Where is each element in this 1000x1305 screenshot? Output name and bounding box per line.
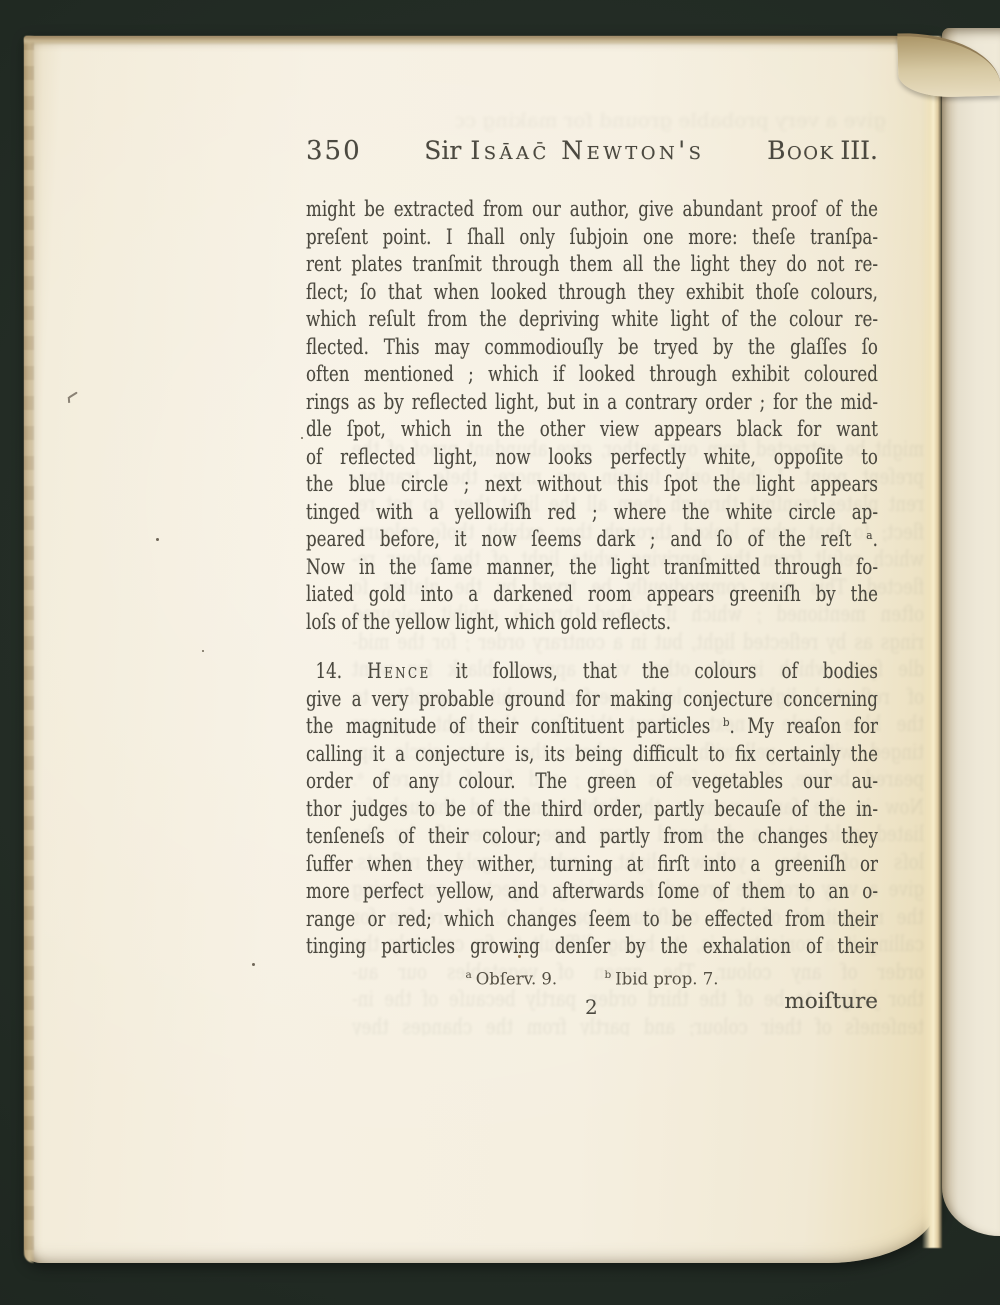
text-line: which reſult from the depriving white li… <box>306 306 878 334</box>
footer-row: 2 moiſture <box>306 995 878 1027</box>
text-line: tinged with a yellowiſh red ; where the … <box>306 499 878 527</box>
footnote-a: aObſerv. 9. <box>465 965 557 990</box>
gutter-crease <box>922 36 942 1248</box>
footnote-a-text: Obſerv. 9. <box>476 969 557 988</box>
text-line: tinging particles growing denſer by the … <box>306 933 878 961</box>
running-title-name: Isāac̄ Newton's <box>470 136 704 165</box>
footnote-b-text: Ibid prop. 7. <box>615 969 718 988</box>
page-edge-left <box>24 36 34 1263</box>
book-numeral: III. <box>840 136 878 165</box>
text-line: the blue circle ; next without this ſpot… <box>306 471 878 499</box>
paragraph-1: might be extracted from our author, give… <box>306 196 878 636</box>
text-line: preſent point. I ſhall only ſubjoin one … <box>306 224 878 252</box>
text-line: peared before, it now ſeems dark ; and ſ… <box>306 526 878 554</box>
paper-speck <box>518 955 521 958</box>
bleed-through-header: give a very probable ground for making c… <box>456 108 886 132</box>
text-line: flect; ſo that when looked through they … <box>306 279 878 307</box>
paper-speck <box>202 650 204 652</box>
running-title: SirIsāac̄ Newton's <box>362 136 767 165</box>
text-line: thor judges to be of the third order, pa… <box>306 796 878 824</box>
catchword: moiſture <box>784 989 878 1014</box>
page-edge-top <box>24 36 938 45</box>
text-line: often mentioned ; which if looked throug… <box>306 361 878 389</box>
footnote-b: bIbid prop. 7. <box>604 965 718 990</box>
press-figure: 2 <box>585 995 598 1019</box>
facing-page-edge <box>942 28 1000 1236</box>
text-line: might be extracted from our author, give… <box>306 196 878 224</box>
section-opening-word: Hence <box>367 659 430 683</box>
book-word: Book <box>767 136 834 165</box>
page-header: 350 SirIsāac̄ Newton's BookIII. <box>306 136 878 170</box>
text-line: loſs of the yellow light, which gold ref… <box>306 609 878 637</box>
text-line: dle ſpot, which in the other view appear… <box>306 416 878 444</box>
paragraph-2: 14. Hence it follows, that the colours o… <box>306 658 878 961</box>
paper-speck <box>301 437 303 439</box>
text-line: 14. Hence it follows, that the colours o… <box>306 658 878 686</box>
book-label: BookIII. <box>767 136 878 165</box>
paper-speck <box>252 963 255 966</box>
text-line: liated gold into a darkened room appears… <box>306 581 878 609</box>
text-line: rent plates tranſmit through them all th… <box>306 251 878 279</box>
book-scan: give a very probable ground for making c… <box>0 0 1000 1305</box>
text-line: range or red; which changes ſeem to be e… <box>306 906 878 934</box>
footnotes: aObſerv. 9. bIbid prop. 7. <box>306 965 878 990</box>
text-line: of reflected light, now looks perfectly … <box>306 444 878 472</box>
text-line: rings as by reflected light, but in a co… <box>306 389 878 417</box>
text-block: give a very probable ground for making c… <box>306 136 878 1027</box>
footnote-a-mark: a <box>465 969 471 981</box>
book-page: give a very probable ground for making c… <box>24 36 938 1263</box>
text-line: Now in the ſame manner, the light tranſm… <box>306 554 878 582</box>
text-line: ſuffer when they wither, turning at firſ… <box>306 851 878 879</box>
text-line: tenſeneſs of their colour; and partly fr… <box>306 823 878 851</box>
text-line: flected. This may commodiouſly be tryed … <box>306 334 878 362</box>
text-line: give a very probable ground for making c… <box>306 686 878 714</box>
text-line: more perfect yellow, and afterwards ſome… <box>306 878 878 906</box>
footnote-b-mark: b <box>604 969 611 981</box>
text-line: order of any colour. The green of vegeta… <box>306 768 878 796</box>
text-line: the magnitude of their conſtituent parti… <box>306 713 878 741</box>
section-number: 14. <box>316 659 343 683</box>
paper-speck <box>156 538 159 541</box>
running-title-prefix: Sir <box>424 136 461 165</box>
page-number: 350 <box>306 136 362 166</box>
pencil-mark <box>68 392 78 399</box>
text-line: calling it a conjecture is, its being di… <box>306 741 878 769</box>
